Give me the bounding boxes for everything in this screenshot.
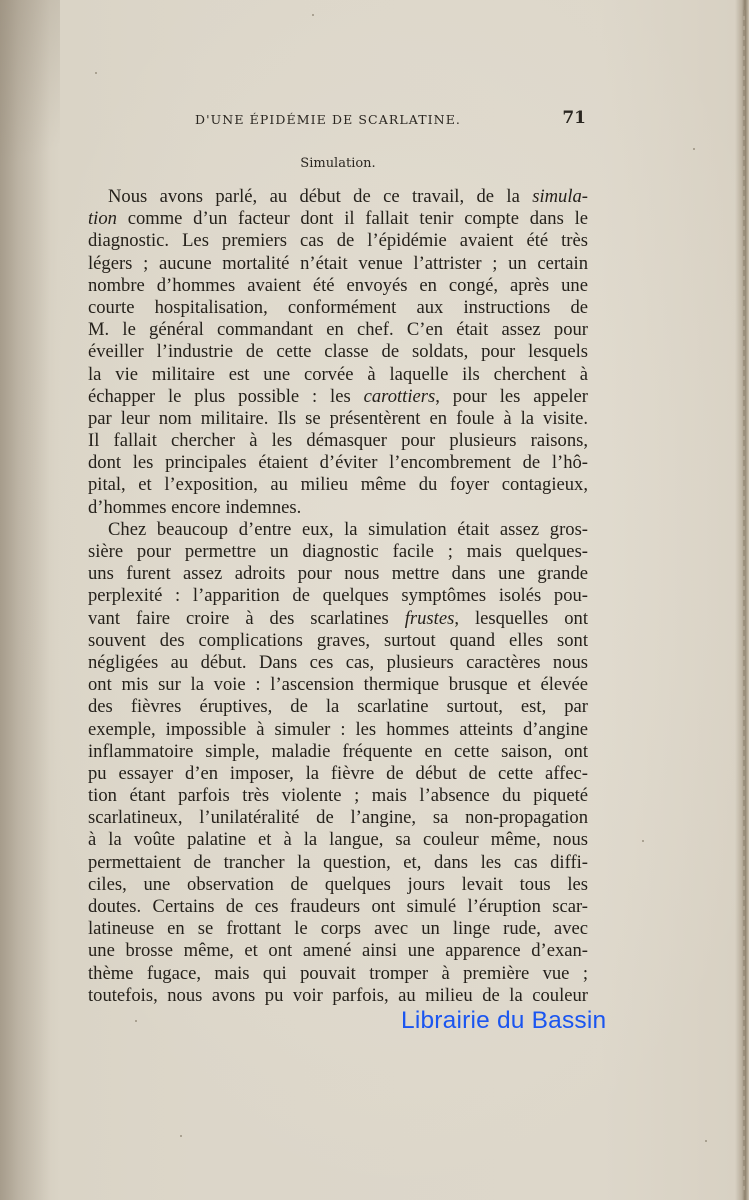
text-line: pu essayer d’en imposer, la fièvre de dé… [88, 763, 588, 785]
text-line: d’hommes encore indemnes. [88, 497, 588, 519]
italic-term: tion [88, 208, 117, 229]
text-run: une brosse même, et ont amené ainsi une … [88, 940, 588, 961]
text-run: latineuse en se frottant le corps avec u… [88, 918, 588, 939]
running-title: D'UNE ÉPIDÉMIE DE SCARLATINE. [88, 112, 568, 127]
text-run: souvent des complications graves, surtou… [88, 630, 588, 651]
text-line: par leur nom militaire. Ils se présentèr… [88, 408, 588, 430]
text-line: thème fugace, mais qui pouvait tromper à… [88, 963, 588, 985]
text-line: une brosse même, et ont amené ainsi une … [88, 940, 588, 962]
text-run: exemple, impossible à simuler : les homm… [88, 719, 588, 740]
text-line: ont mis sur la voie : l’ascension thermi… [88, 674, 588, 696]
text-line: la vie militaire est une corvée à laquel… [88, 364, 588, 386]
text-line: éveiller l’industrie de cette classe de … [88, 341, 588, 363]
text-line: perplexité : l’apparition de quelques sy… [88, 585, 588, 607]
text-line: uns furent assez adroits pour nous mettr… [88, 563, 588, 585]
text-line: nombre d’hommes avaient été envoyés en c… [88, 275, 588, 297]
text-run: diagnostic. Les premiers cas de l’épidém… [88, 230, 588, 251]
text-line: doutes. Certains de ces fraudeurs ont si… [88, 896, 588, 918]
text-line: Chez beaucoup d’entre eux, la simulation… [88, 519, 588, 541]
text-run: des fièvres éruptives, de la scarlatine … [88, 696, 588, 717]
text-run: ciles, une observation de quelques jours… [88, 874, 588, 895]
text-run: négligées au début. Dans ces cas, plusie… [88, 652, 588, 673]
paper-speck [693, 148, 695, 150]
text-run: par leur nom militaire. Ils se présentèr… [88, 408, 588, 429]
text-run: échapper le plus possible : les [88, 386, 364, 407]
text-run: nombre d’hommes avaient été envoyés en c… [88, 275, 588, 296]
text-run: doutes. Certains de ces fraudeurs ont si… [88, 896, 588, 917]
page-edge [743, 10, 745, 1190]
text-line: permettaient de trancher la question, et… [88, 852, 588, 874]
text-run: légers ; aucune mortalité n’était venue … [88, 253, 588, 274]
paper-speck [312, 14, 314, 16]
text-run: Chez beaucoup d’entre eux, la simulation… [108, 519, 588, 540]
text-run: vant faire croire à des scarlatines [88, 608, 405, 629]
text-line: exemple, impossible à simuler : les homm… [88, 719, 588, 741]
text-run: Il fallait chercher à les démasquer pour… [88, 430, 588, 451]
body-text: Nous avons parlé, au début de ce travail… [88, 186, 588, 1007]
book-page: D'UNE ÉPIDÉMIE DE SCARLATINE. 71 Simulat… [0, 0, 749, 1200]
text-line: inflammatoire simple, maladie fréquente … [88, 741, 588, 763]
text-run: , lesquelles ont [454, 608, 588, 629]
text-line: pital, et l’exposition, au milieu même d… [88, 474, 588, 496]
text-run: courte hospitalisation, conformément aux… [88, 297, 588, 318]
text-line: scarlatineux, l’unilatéralité de l’angin… [88, 807, 588, 829]
text-line: latineuse en se frottant le corps avec u… [88, 918, 588, 940]
text-line: négligées au début. Dans ces cas, plusie… [88, 652, 588, 674]
text-line: dont les principales étaient d’éviter l’… [88, 452, 588, 474]
page-number: 71 [562, 108, 586, 128]
text-line: M. le général commandant en chef. C’en é… [88, 319, 588, 341]
text-line: toutefois, nous avons pu voir parfois, a… [88, 985, 588, 1007]
paper-speck [705, 1140, 707, 1142]
text-line: ciles, une observation de quelques jours… [88, 874, 588, 896]
text-line: souvent des complications graves, surtou… [88, 630, 588, 652]
text-line: sière pour permettre un diagnostic facil… [88, 541, 588, 563]
paper-speck [642, 840, 644, 842]
italic-term: simula- [532, 186, 588, 207]
text-line: vant faire croire à des scarlatines frus… [88, 608, 588, 630]
text-line: à la voûte palatine et à la langue, sa c… [88, 829, 588, 851]
running-head: D'UNE ÉPIDÉMIE DE SCARLATINE. 71 [88, 108, 588, 132]
paper-speck [180, 1135, 182, 1137]
text-line: légers ; aucune mortalité n’était venue … [88, 253, 588, 275]
text-run: uns furent assez adroits pour nous mettr… [88, 563, 588, 584]
text-run: dont les principales étaient d’éviter l’… [88, 452, 588, 473]
text-run: tion étant parfois très violente ; mais … [88, 785, 588, 806]
text-line: des fièvres éruptives, de la scarlatine … [88, 696, 588, 718]
italic-term: frustes [405, 608, 455, 629]
italic-term: carottiers [364, 386, 436, 407]
text-line: tion étant parfois très violente ; mais … [88, 785, 588, 807]
text-run: la vie militaire est une corvée à laquel… [88, 364, 588, 385]
text-run: perplexité : l’apparition de quelques sy… [88, 585, 588, 606]
text-line: Il fallait chercher à les démasquer pour… [88, 430, 588, 452]
text-run: ont mis sur la voie : l’ascension thermi… [88, 674, 588, 695]
text-line: échapper le plus possible : les carottie… [88, 386, 588, 408]
text-run: scarlatineux, l’unilatéralité de l’angin… [88, 807, 588, 828]
text-run: , pour les appeler [435, 386, 588, 407]
text-run: éveiller l’industrie de cette classe de … [88, 341, 588, 362]
text-run: Nous avons parlé, au début de ce travail… [108, 186, 532, 207]
text-run: d’hommes encore indemnes. [88, 497, 301, 518]
watermark: Librairie du Bassin [401, 1007, 606, 1035]
text-line: Nous avons parlé, au début de ce travail… [88, 186, 588, 208]
text-run: toutefois, nous avons pu voir parfois, a… [88, 985, 588, 1006]
paper-speck [95, 72, 97, 74]
text-run: à la voûte palatine et à la langue, sa c… [88, 829, 588, 850]
text-run: comme d’un facteur dont il fallait tenir… [117, 208, 588, 229]
text-run: inflammatoire simple, maladie fréquente … [88, 741, 588, 762]
text-run: permettaient de trancher la question, et… [88, 852, 588, 873]
text-line: courte hospitalisation, conformément aux… [88, 297, 588, 319]
section-title: Simulation. [88, 156, 588, 171]
text-run: pu essayer d’en imposer, la fièvre de dé… [88, 763, 588, 784]
paper-speck [135, 1020, 137, 1022]
text-line: tion comme d’un facteur dont il fallait … [88, 208, 588, 230]
text-run: M. le général commandant en chef. C’en é… [88, 319, 588, 340]
text-line: diagnostic. Les premiers cas de l’épidém… [88, 230, 588, 252]
text-run: sière pour permettre un diagnostic facil… [88, 541, 588, 562]
text-run: pital, et l’exposition, au milieu même d… [88, 474, 588, 495]
text-run: thème fugace, mais qui pouvait tromper à… [88, 963, 588, 984]
